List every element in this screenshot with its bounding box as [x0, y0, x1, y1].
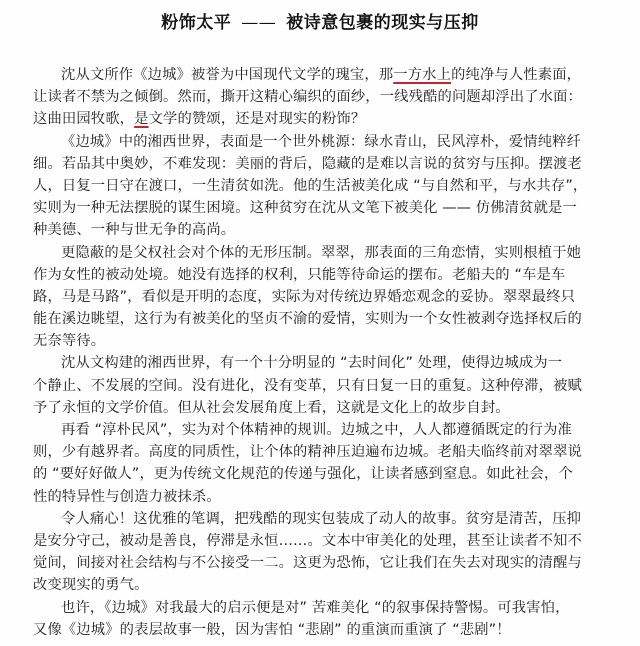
document-title: 粉饰太平——被诗意包裹的现实与压抑 [0, 8, 640, 33]
line-text: 更隐蔽的是父权社会对个体的无形压制。翠翠，那表面的三角恋情，实则根植于她 [61, 245, 581, 261]
title-subtitle: 被诗意包裹的现实与压抑 [286, 13, 479, 33]
paragraph: 也许，《边城》对我最大的启示便是对” 苦难美化 “的叙事保持警惕。可我害怕，又像… [33, 597, 605, 641]
text-line: 这曲田园牧歌，是文学的赞颂，还是对现实的粉饰？ [33, 108, 605, 130]
text-line: 再看 “淳朴民风”，实为对个体精神的规训。边城之中，人人都遵循既定的行为准 [33, 419, 605, 441]
text-line: 人，日复一日守在渡口，一生清贫如洗。他的生活被美化成 “与自然和平，与水共存”， [33, 175, 605, 197]
document-page: 粉饰太平——被诗意包裹的现实与压抑 沈从文所作《边城》被誉为中国现代文学的瑰宝，… [0, 0, 640, 646]
text-line: 能在溪边眺望，这行为有被美化的坚贞不渝的爱情，实则为一个女性被剥夺选择权后的 [33, 308, 605, 330]
text-line: 的 “要好好做人”，更为传统文化规范的传递与强化，让读者感到窒息。如此社会，个 [33, 463, 605, 485]
text-line: 则，少有越界者。高度的同质性，让个体的精神压迫遍布边城。老船夫临终前对翠翠说 [33, 441, 605, 463]
line-text: 改变现实的勇气。 [33, 577, 149, 593]
line-text: 《边城》中的湘西世界，表面是一个世外桃源：绿水青山，民风淳朴，爱情纯粹纤 [61, 134, 581, 150]
line-text: 细。若品其中奥妙，不难发现：美丽的背后，隐藏的是难以言说的贫穷与压抑。摆渡老 [33, 156, 582, 172]
title-main: 粉饰太平 [161, 13, 231, 33]
spellcheck-underlined-text: 是 [134, 111, 148, 127]
line-text: 沈从文构建的湘西世界，有一个十分明显的 “去时间化” 处理，使得边城成为一 [61, 355, 562, 371]
paragraph: 再看 “淳朴民风”，实为对个体精神的规训。边城之中，人人都遵循既定的行为准则，少… [33, 419, 605, 508]
line-text: 令人痛心！这优雅的笔调，把残酷的现实包装成了动人的故事。贫穷是清苦，压抑 [61, 511, 581, 527]
line-text: 路，马是马路”，看似是开明的态度，实际为对传统边界婚恋观念的妥协。翠翠最终只 [33, 289, 575, 305]
line-text: 觉间，间接对社会结构与不公接受一二。这更为恐怖，它让我们在失去对现实的清醒与 [33, 555, 582, 571]
text-line: 沈从文所作《边城》被誉为中国现代文学的瑰宝，那一方水上的纯净与人性素面， [33, 64, 605, 86]
text-line: 觉间，间接对社会结构与不公接受一二。这更为恐怖，它让我们在失去对现实的清醒与 [33, 552, 605, 574]
paragraph: 沈从文构建的湘西世界，有一个十分明显的 “去时间化” 处理，使得边城成为一个静止… [33, 352, 605, 419]
text-line: 令人痛心！这优雅的笔调，把残酷的现实包装成了动人的故事。贫穷是清苦，压抑 [33, 508, 605, 530]
text-line: 也许，《边城》对我最大的启示便是对” 苦难美化 “的叙事保持警惕。可我害怕， [33, 597, 605, 619]
text-line: 予了永恒的文学价值。但从社会发展角度上看，这就是文化上的故步自封。 [33, 397, 605, 419]
text-line: 《边城》中的湘西世界，表面是一个世外桃源：绿水青山，民风淳朴，爱情纯粹纤 [33, 131, 605, 153]
line-text: 这曲田园牧歌， [33, 111, 134, 127]
paragraph: 令人痛心！这优雅的笔调，把残酷的现实包装成了动人的故事。贫穷是清苦，压抑是安分守… [33, 508, 605, 597]
line-text: 也许，《边城》对我最大的启示便是对” 苦难美化 “的叙事保持警惕。可我害怕， [61, 600, 570, 616]
text-line: 无奈等待。 [33, 330, 605, 352]
text-line: 又像《边城》的表层故事一般，因为害怕 “悲剧” 的重演而重演了 “悲剧”！ [33, 619, 605, 641]
text-line: 更隐蔽的是父权社会对个体的无形压制。翠翠，那表面的三角恋情，实则根植于她 [33, 242, 605, 264]
paragraph: 《边城》中的湘西世界，表面是一个世外桃源：绿水青山，民风淳朴，爱情纯粹纤细。若品… [33, 131, 605, 242]
text-line: 个静止、不发展的空间。没有进化，没有变革，只有日复一日的重复。这种停滞，被赋 [33, 375, 605, 397]
line-text: 沈从文所作《边城》被誉为中国现代文学的瑰宝，那 [61, 67, 393, 83]
line-text: 再看 “淳朴民风”，实为对个体精神的规训。边城之中，人人都遵循既定的行为准 [61, 422, 572, 438]
text-line: 实则为一种无法摆脱的谋生困境。这种贫穷在沈从文笔下被美化 —— 仿佛清贫就是一 [33, 197, 605, 219]
paragraph: 更隐蔽的是父权社会对个体的无形压制。翠翠，那表面的三角恋情，实则根植于她作为女性… [33, 242, 605, 353]
line-text: 作为女性的被动处境。她没有选择的权利，只能等待命运的摆布。老船夫的 “车是车 [33, 267, 565, 283]
line-text: 让读者不禁为之倾倒。然而，撕开这精心编织的面纱，一线残酷的问题却浮出了水面： [33, 89, 582, 105]
line-text: 人，日复一日守在渡口，一生清贫如洗。他的生活被美化成 “与自然和平，与水共存”， [33, 178, 587, 194]
text-line: 改变现实的勇气。 [33, 574, 605, 596]
text-line: 细。若品其中奥妙，不难发现：美丽的背后，隐藏的是难以言说的贫穷与压抑。摆渡老 [33, 153, 605, 175]
title-dash: —— [241, 13, 276, 33]
text-line: 种美德、一种与世无争的高尚。 [33, 219, 605, 241]
line-text: 能在溪边眺望，这行为有被美化的坚贞不渝的爱情，实则为一个女性被剥夺选择权后的 [33, 311, 582, 327]
line-text: 种美德、一种与世无争的高尚。 [33, 222, 235, 238]
line-text: 则，少有越界者。高度的同质性，让个体的精神压迫遍布边城。老船夫临终前对翠翠说 [33, 444, 582, 460]
text-line: 作为女性的被动处境。她没有选择的权利，只能等待命运的摆布。老船夫的 “车是车 [33, 264, 605, 286]
text-line: 沈从文构建的湘西世界，有一个十分明显的 “去时间化” 处理，使得边城成为一 [33, 352, 605, 374]
line-text: 文学的赞颂，还是对现实的粉饰？ [149, 111, 366, 127]
text-line: 路，马是马路”，看似是开明的态度，实际为对传统边界婚恋观念的妥协。翠翠最终只 [33, 286, 605, 308]
text-line: 性的特异性与创造力被抹杀。 [33, 486, 605, 508]
line-text: 是安分守己，被动是善良，停滞是永恒……。文本中审美化的处理，甚至让读者不知不 [33, 533, 582, 549]
spellcheck-underlined-text: 一方水上 [393, 67, 451, 83]
text-line: 让读者不禁为之倾倒。然而，撕开这精心编织的面纱，一线残酷的问题却浮出了水面： [33, 86, 605, 108]
line-text: 实则为一种无法摆脱的谋生困境。这种贫穷在沈从文笔下被美化 —— 仿佛清贫就是一 [33, 200, 577, 216]
text-line: 是安分守己，被动是善良，停滞是永恒……。文本中审美化的处理，甚至让读者不知不 [33, 530, 605, 552]
line-text: 的纯净与人性素面， [451, 67, 581, 83]
paragraph: 沈从文所作《边城》被誉为中国现代文学的瑰宝，那一方水上的纯净与人性素面，让读者不… [33, 64, 605, 131]
document-body: 沈从文所作《边城》被誉为中国现代文学的瑰宝，那一方水上的纯净与人性素面，让读者不… [33, 64, 605, 641]
line-text: 无奈等待。 [33, 333, 105, 349]
line-text: 予了永恒的文学价值。但从社会发展角度上看，这就是文化上的故步自封。 [33, 400, 510, 416]
line-text: 又像《边城》的表层故事一般，因为害怕 “悲剧” 的重演而重演了 “悲剧”！ [33, 622, 511, 638]
line-text: 的 “要好好做人”，更为传统文化规范的传递与强化，让读者感到窒息。如此社会，个 [33, 466, 573, 482]
line-text: 个静止、不发展的空间。没有进化，没有变革，只有日复一日的重复。这种停滞，被赋 [33, 378, 582, 394]
line-text: 性的特异性与创造力被抹杀。 [33, 489, 221, 505]
